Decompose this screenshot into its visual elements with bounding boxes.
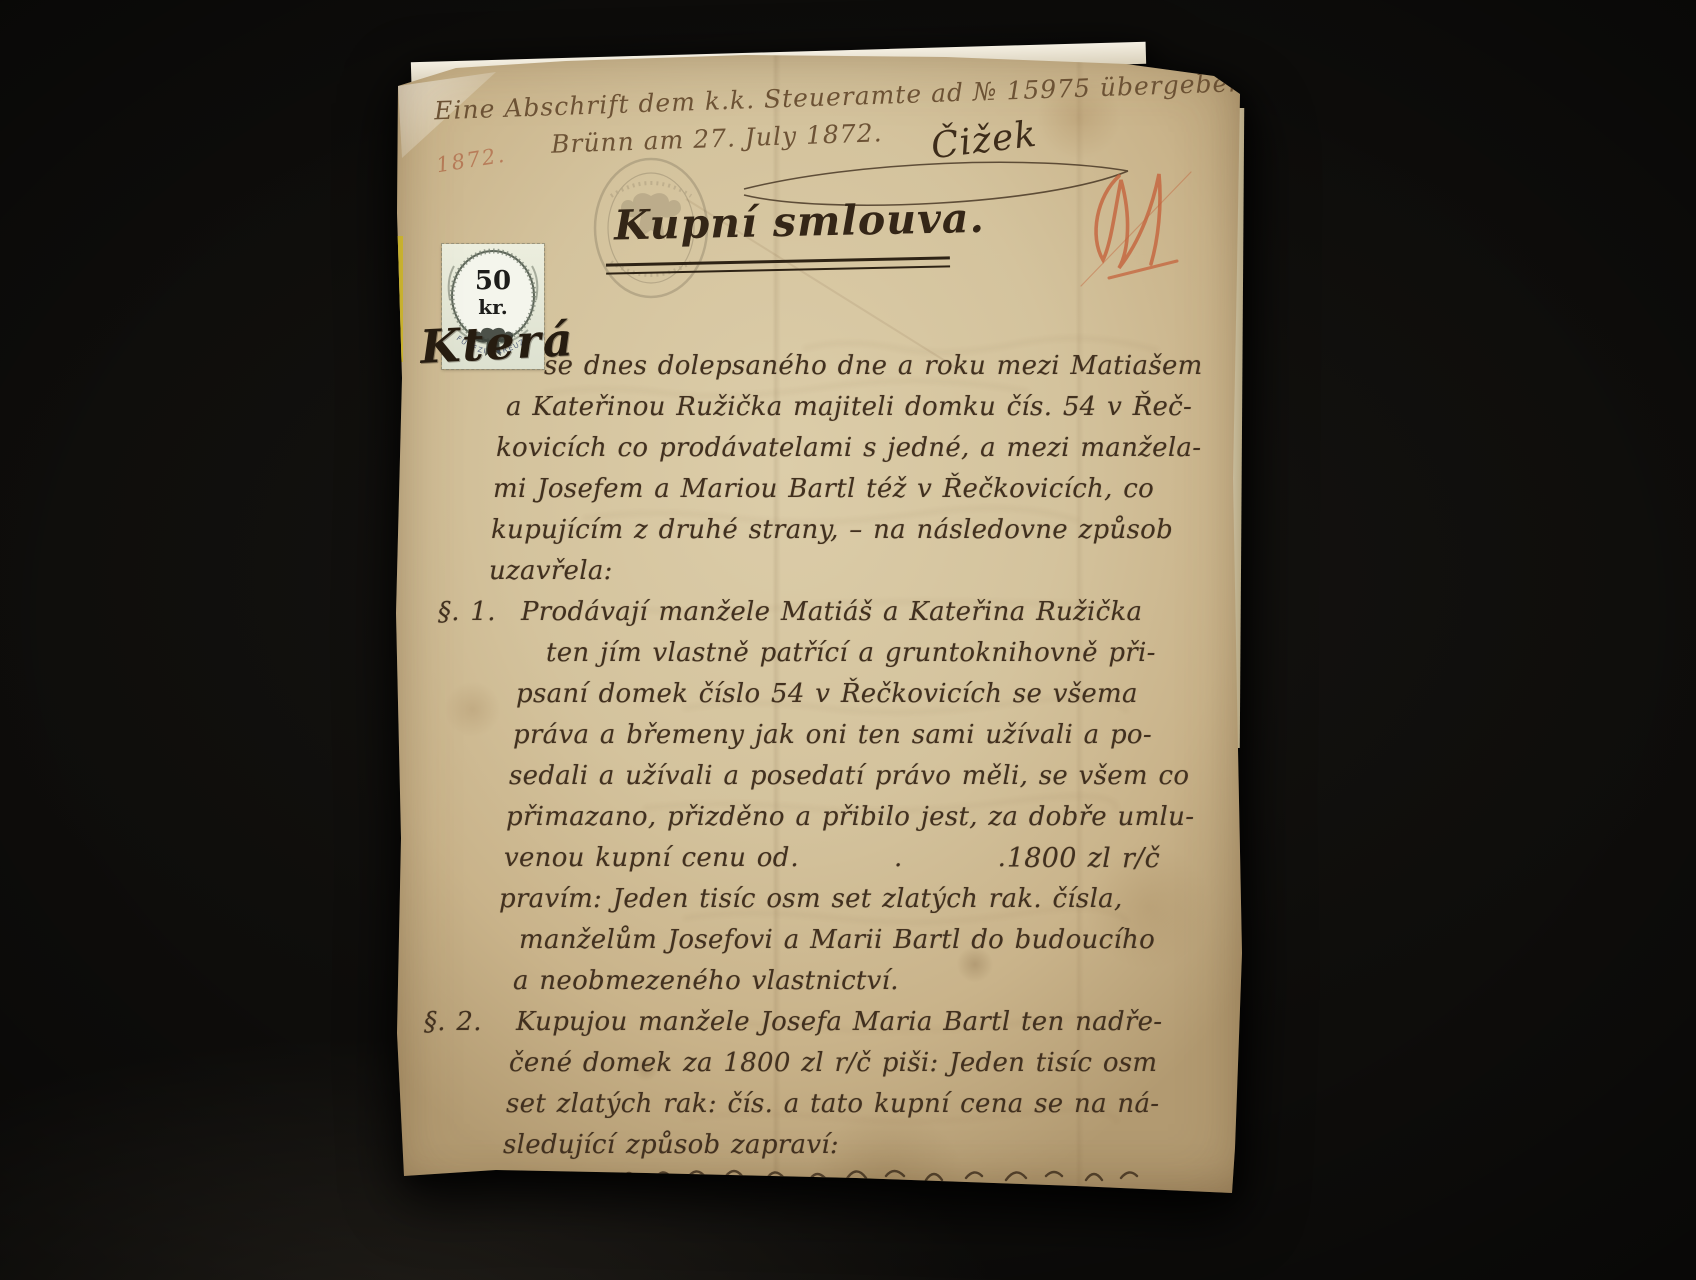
section1-marker: §. 1. (438, 592, 496, 633)
red-crayon-mark (1079, 164, 1199, 294)
body-line-section2: §. 2. Kupujou manžele Josefa Maria Bartl… (416, 1002, 1228, 1043)
body-line: mi Josefem a Mariou Bartl též v Řečkovic… (416, 469, 1228, 510)
body-line: a neobmezeného vlastnictví. (416, 961, 1228, 1002)
body-line: čené domek za 1800 zl r/č piši: Jeden ti… (416, 1043, 1228, 1084)
body-line: a Kateřinou Ružička majiteli domku čís. … (416, 387, 1228, 428)
body-line-section1: §. 1. Prodávají manžele Matiáš a Kateřin… (416, 592, 1228, 633)
body-line-price: venou kupní cenu od . . . 1800 zl r/č (416, 838, 1228, 879)
body-line: set zlatých rak: čís. a tato kupní cena … (416, 1084, 1228, 1125)
body-line: psaní domek číslo 54 v Řečkovicích se vš… (416, 674, 1228, 715)
body-line: sedali a užívali a posedatí právo měli, … (416, 756, 1228, 797)
cutoff-line-strokes (616, 1156, 1156, 1186)
body-line: kupujícím z druhé strany, – na následovn… (416, 510, 1228, 551)
opening-word: Která (419, 312, 576, 374)
section2-marker: §. 2. (424, 1002, 482, 1043)
svg-text:50: 50 (475, 266, 511, 296)
paper-page: Eine Abschrift dem k.k. Steueramte ad № … (386, 48, 1252, 1208)
body-line: ten jím vlastně patřící a gruntoknihovně… (416, 633, 1228, 674)
body-line: uzavřela: (416, 551, 1228, 592)
body-line: přimazano, přizděno a přibilo jest, za d… (416, 797, 1228, 838)
body-line: práva a břemeny jak oni ten sami užívali… (416, 715, 1228, 756)
body-line: kovicích co prodávatelami s jedné, a mez… (416, 428, 1228, 469)
document-sheet: Eine Abschrift dem k.k. Steueramte ad № … (386, 48, 1252, 1208)
price-amount: 1800 zl r/č (1007, 838, 1160, 879)
photo-of-document: { "scene": { "background_color": "#0e0d0… (0, 0, 1696, 1280)
document-title: Kupní smlouva. (614, 194, 955, 249)
contract-body: se dnes dolepsaného dne a roku mezi Mati… (416, 346, 1228, 1166)
price-dot-leaders: . . . (790, 838, 1007, 879)
body-line: manželům Josefovi a Marii Bartl do budou… (416, 920, 1228, 961)
body-line: pravím: Jeden tisíc osm set zlatých rak.… (416, 879, 1228, 920)
